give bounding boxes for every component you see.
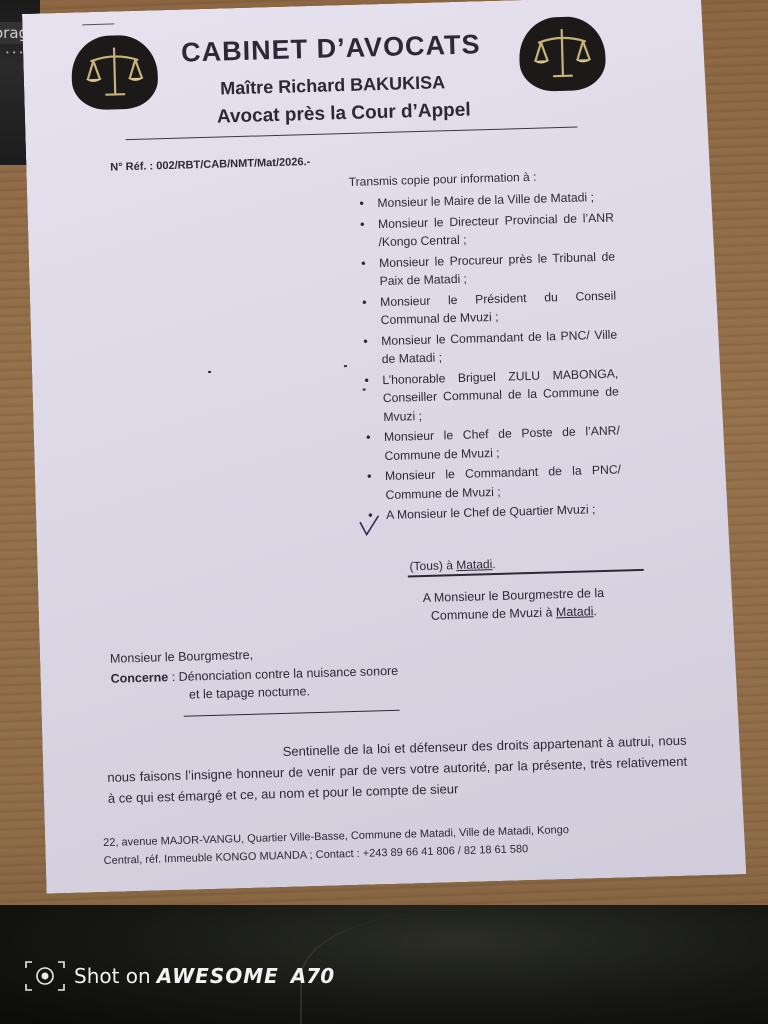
addressee: A Monsieur le Bourgmestre de la Commune … — [398, 583, 629, 625]
copies-closing-prefix: (Tous) à — [409, 558, 456, 573]
scales-of-justice-icon — [71, 34, 159, 110]
top-rule — [82, 23, 114, 25]
list-item: Monsieur le Commandant de la PNC/ Commun… — [385, 460, 622, 504]
camera-watermark: Shot on AWESOME A70 — [24, 960, 334, 992]
subject: Concerne : Dénonciation contre la nuisan… — [110, 660, 451, 705]
list-item: Monsieur le Président du Conseil Communa… — [380, 286, 617, 330]
copies-intro: Transmis copie pour information à : — [349, 170, 537, 189]
handwritten-check-icon — [358, 514, 381, 537]
lawyer-court: Avocat près la Cour d’Appel — [217, 100, 471, 129]
pen-mark — [208, 371, 211, 373]
list-item: A Monsieur le Chef de Quartier Mvuzi ; — [386, 499, 622, 524]
letter-footer: 22, avenue MAJOR-VANGU, Quartier Ville-B… — [103, 818, 664, 870]
subject-divider — [184, 710, 400, 717]
lawyer-name: Maître Richard BAKUKISA — [220, 72, 446, 99]
copies-closing-suffix: . — [492, 557, 496, 571]
list-item: Monsieur le Commandant de la PNC/ Ville … — [381, 325, 618, 369]
letter-page: CABINET D’AVOCATS Maître Richard BAKUKIS… — [22, 0, 746, 894]
header-divider — [126, 127, 578, 141]
addressee-line2-suffix: . — [593, 604, 597, 618]
addressee-place: Matadi — [556, 604, 594, 619]
addressee-line2-prefix: Commune de Mvuzi à — [431, 605, 556, 622]
copies-closing-place: Matadi — [456, 557, 492, 572]
camera-focus-icon — [24, 960, 66, 992]
subject-separator: : — [168, 670, 179, 684]
subject-label: Concerne — [110, 670, 168, 686]
pen-mark — [363, 389, 366, 391]
watermark-brand: AWESOME — [157, 964, 279, 988]
letter-body: Sentinelle de la loi et défenseur des dr… — [106, 730, 688, 809]
pen-mark — [344, 365, 347, 367]
copies-list: Monsieur le Maire de la Ville de Matadi … — [377, 188, 622, 527]
scales-of-justice-icon — [518, 16, 606, 92]
salutation: Monsieur le Bourgmestre, — [110, 648, 253, 666]
copies-closing: (Tous) à Matadi. — [409, 557, 495, 573]
list-item: Monsieur le Directeur Provincial de l’AN… — [378, 208, 615, 252]
watermark-prefix: Shot on — [74, 964, 151, 988]
watermark-model: A70 — [291, 964, 334, 988]
firm-title: CABINET D’AVOCATS — [181, 29, 481, 68]
reference-number: N° Réf. : 002/RBT/CAB/NMT/Mat/2026.- — [110, 156, 310, 174]
list-item: Monsieur le Chef de Poste de l’ANR/ Comm… — [384, 421, 621, 465]
list-item: L’honorable Briguel ZULU MABONGA, Consei… — [382, 364, 619, 426]
list-item: Monsieur le Procureur près le Tribunal d… — [379, 247, 616, 291]
